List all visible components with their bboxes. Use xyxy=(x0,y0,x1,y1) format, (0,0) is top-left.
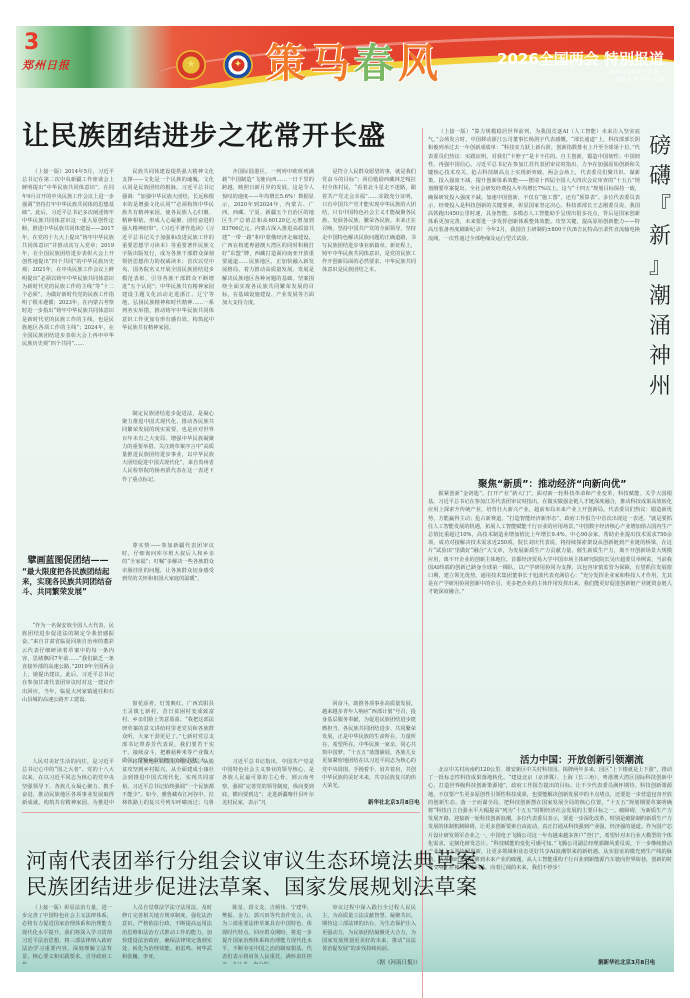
title-char: 磅 xyxy=(647,132,673,162)
lead-col2-bottom-text: 窗花添喜，灯笼映红。广西宾阳县王灵镇七新村，昔日贫困村变成致富村，乡亲们脸上笑意… xyxy=(122,700,214,766)
banner-char: 风 xyxy=(398,40,442,87)
lead-col4-bottom-text: 回奋斗，助推各项事业高质量发展。越来越多青年人响应“西部计划”号召，投身基层服务… xyxy=(322,700,416,790)
right-section2-title: 活力中国：开放创新引领潮流 xyxy=(520,752,644,766)
lead-col2-text: 民族共同体建设提供强大精神文化支撑——文化是一个民族的魂魄，文化认同是民族团结的… xyxy=(122,168,214,332)
paper-name: 郑州日报 xyxy=(22,57,70,73)
right-article-intro: （上接一版）“算力规模稳居世界前列，为我国竞逐AI（人工智能）未来注入坚实底气。… xyxy=(428,128,640,480)
lead-column-1-lower: “作为一名保安族全国人大代表，民族团结进步促进法的制定令我倍感振奋。”来自甘肃省… xyxy=(22,622,114,754)
right-section1-text: 握紧创新“金钥匙”，打开产业“新大门”。面对新一轮科技革命和产业变革，科技赋能、… xyxy=(428,490,672,597)
title-char: 新 xyxy=(647,222,673,252)
bottom-col3-text: 陈星、段文龙、吉炳伟、宁建华、樊振、金力、郭兴田等代表作发言，认为三部重要法律草… xyxy=(222,904,312,964)
date-editor-info: 2026年3月9日 星期一 编辑 崔青 校对 祝瑞 xyxy=(608,70,664,84)
lead-column-2-end: 将民族地区的发展牵挂心头。从脱贫攻坚到乡村振兴，从全面建成小康社会到推进中国式现… xyxy=(122,758,214,806)
special-report-label: 2026全国两会 特别报道 xyxy=(497,48,664,69)
right-vertical-title: 磅 礴 『 新 』 潮 涌 神 州 xyxy=(647,132,673,402)
bottom-col1-text: （上接一版）彰显法治力量，进一步完善了中国特色社会主义法律体系，必将有力促进国家… xyxy=(22,904,112,964)
right-section1-body: 握紧创新“金钥匙”，打开产业“新大门”。面对新一轮科技革命和产业变革，科技赋能、… xyxy=(428,490,672,750)
lead-column-2-mid: 制定民族团结进步促进法，是凝心聚力推进中国式现代化、推动各民族共同繁荣发展的现实… xyxy=(122,410,214,540)
banner-char: 春 xyxy=(354,40,398,87)
header-banner: 3 郑州日报 ★ ✦ 策马春风 2026全国两会 特别报道 2026年3月9日 … xyxy=(16,26,674,88)
national-emblem-icon: ★ xyxy=(176,50,206,80)
subhead-left-text: “作为一名保安族全国人大代表，民族团结进步促进法的制定令我倍感振奋。”来自甘肃省… xyxy=(22,622,114,704)
lead-col1-bottom-text: 人民对美好生活的向往，是习近平总书记心中的“国之大者”。党的十八大以来，在以习近… xyxy=(22,758,114,806)
title-char: 』 xyxy=(647,252,673,282)
bottom-headline-line1: 河南代表团举行分组会议审议生态环境法典草案、 xyxy=(26,848,499,874)
page-number: 3 xyxy=(24,30,39,55)
title-char: 涌 xyxy=(647,312,673,342)
editors-line: 编辑 崔青 校对 祝瑞 xyxy=(608,77,664,84)
lead-column-3: 齐国际陆港区，一列列中欧班列满载“中国制造”飞驰向西……一日千里的跨越，映照日新… xyxy=(222,168,314,688)
lead-col2-end-text: 将民族地区的发展牵挂心头。从脱贫攻坚到乡村振兴，从全面建成小康社会到推进中国式现… xyxy=(122,758,214,806)
lead-headline: 让民族团结进步之花常开长盛 xyxy=(22,114,386,153)
title-char: 神 xyxy=(647,342,673,372)
bottom-column-1: （上接一版）彰显法治力量，进一步完善了中国特色社会主义法律体系，必将有力促进国家… xyxy=(22,904,112,964)
bottom-column-2: 人员自觉尊法学法守法用法，及时修订完善相关地方规章制度，强化法治意识，严格依法行… xyxy=(122,904,212,964)
date-line: 2026年3月9日 星期一 xyxy=(608,70,664,77)
lead-col3-text: 齐国际陆港区，一列列中欧班列满载“中国制造”飞驰向西……一日千里的跨越，映照日新… xyxy=(222,168,314,307)
banner-char: 策 xyxy=(266,40,310,87)
bottom-headline: 河南代表团举行分组会议审议生态环境法典草案、 民族团结进步促进法草案、国家发展规… xyxy=(26,848,499,900)
lead-column-4-bottom: 回奋斗，助推各项事业高质量发展。越来越多青年人响应“西部计划”号召，投身基层服务… xyxy=(322,700,416,796)
lead-column-2-lower: 尊实情——参加新疆代表团审议时，仔细询问库尔班大叔后人和乡亲的“全家福”；叮嘱“… xyxy=(122,542,214,642)
title-char: 潮 xyxy=(647,282,673,312)
right-section1-title: 聚焦“新质”：推动经济“向新向优” xyxy=(478,476,626,490)
subhead-line2: “最大限度把各民族团结起来，实现各民族共同团结奋斗、共同繁荣发展” xyxy=(22,567,114,597)
lead-col2-lower-text: 尊实情——参加新疆代表团审议时，仔细询问库尔班大叔后人和乡亲的“全家福”；叮嘱“… xyxy=(122,542,214,583)
title-char: 『 xyxy=(647,192,673,222)
lead-column-2: 民族共同体建设提供强大精神文化支撑——文化是一个民族的魂魄，文化认同是民族团结的… xyxy=(122,168,214,408)
lead-col3-bottom-text: 习近平总书记指出，中国共产党是中国特色社会主义事业的领导核心，是各族人民最可靠的… xyxy=(222,758,314,806)
cppcc-emblem-icon: ✦ xyxy=(223,50,253,80)
right-credit: 据新华社北京3月8日电 xyxy=(598,958,655,966)
right-intro-text: （上接一版）“算力规模稳居世界前列，为我国竞逐AI（人工智能）未来注入坚实底气。… xyxy=(428,128,640,243)
horizontal-divider xyxy=(22,812,420,813)
lead-col1-text: （上接一版）2014年5月，习近平总书记在第二次中央新疆工作座谈会上鲜明提出“中… xyxy=(22,168,114,348)
lead-credit: 新华社北京3月8日电 xyxy=(368,798,420,806)
bottom-column-4: 审议过程中深入践行全过程人民民主，为高质量立法贡献智慧、凝聚共识。期待这三部法律… xyxy=(322,904,416,960)
banner-char: 马 xyxy=(310,40,354,87)
bottom-source: （据《河南日报》） xyxy=(374,958,421,966)
banner-title: 策马春风 xyxy=(266,32,442,88)
lead-col4-text: 是符合人民群众愿望的事，就是我们党奋斗的目标”；回信勉励西藏林芝嘎拉村全体村民，… xyxy=(322,168,416,275)
lead-col2-mid-text: 制定民族团结进步促进法，是凝心聚力推进中国式现代化、推动各民族共同繁荣发展的现实… xyxy=(122,410,214,484)
lead-column-1-bottom: 人民对美好生活的向往，是习近平总书记心中的“国之大者”。党的十八大以来，在以习近… xyxy=(22,758,114,806)
bottom-col4-text: 审议过程中深入践行全过程人民民主，为高质量立法贡献智慧、凝聚共识。期待这三部法律… xyxy=(322,904,416,953)
lead-column-3-bottom: 习近平总书记指出，中国共产党是中国特色社会主义事业的领导核心，是各族人民最可靠的… xyxy=(222,758,314,806)
title-char: 礴 xyxy=(647,162,673,192)
lead-column-4: 是符合人民群众愿望的事，就是我们党奋斗的目标”；回信勉励西藏林芝嘎拉村全体村民，… xyxy=(322,168,416,688)
title-char: 州 xyxy=(647,372,673,402)
lead-column-1: （上接一版）2014年5月，习近平总书记在第二次中央新疆工作座谈会上鲜明提出“中… xyxy=(22,168,114,550)
bottom-col2-text: 人员自觉尊法学法守法用法，及时修订完善相关地方规章制度，强化法治意识，严格依法行… xyxy=(122,904,212,961)
subhead-line1: 擘画蓝图促团结—— xyxy=(22,556,114,567)
bottom-headline-line2: 民族团结进步促进法草案、国家发展规划法草案 xyxy=(26,874,499,900)
lead-subhead-left: 擘画蓝图促团结—— “最大限度把各民族团结起来，实现各民族共同团结奋斗、共同繁荣… xyxy=(22,556,114,597)
bottom-column-3: 陈星、段文龙、吉炳伟、宁建华、樊振、金力、郭兴田等代表作发言，认为三部重要法律草… xyxy=(222,904,312,964)
